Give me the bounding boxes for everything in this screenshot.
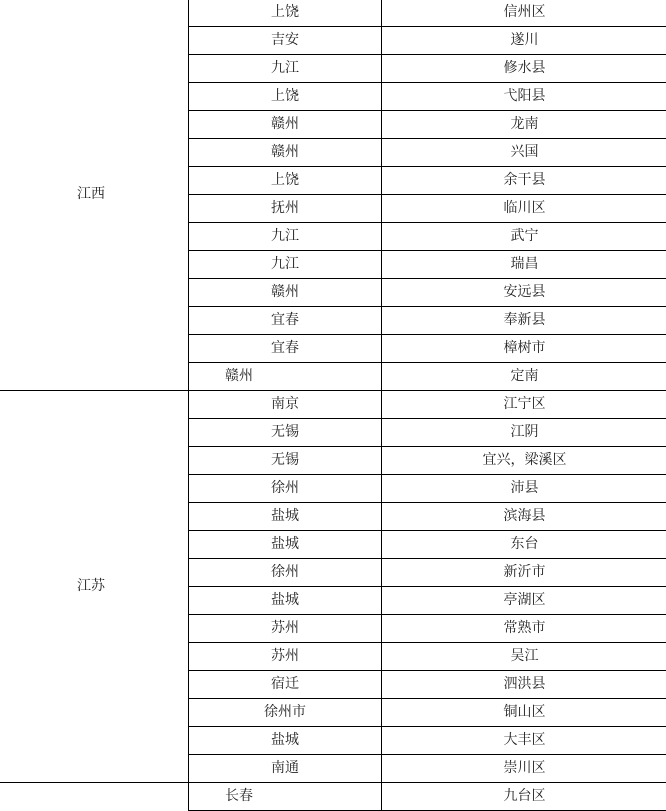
county-cell: 崇川区 — [381, 754, 666, 782]
city-cell: 吉安 — [188, 26, 381, 54]
county-cell: 东台 — [381, 530, 666, 558]
city-cell: 九江 — [188, 54, 381, 82]
city-cell: 上饶 — [188, 166, 381, 194]
county-cell: 余干县 — [381, 166, 666, 194]
county-cell: 定南 — [381, 362, 666, 390]
city-cell: 盐城 — [188, 502, 381, 530]
table-row: 南京江宁区 — [188, 390, 666, 418]
province-label: 江西 — [77, 184, 105, 204]
table-row: 上饶余干县 — [188, 166, 666, 194]
city-cell: 赣州 — [188, 362, 381, 390]
city-cell: 盐城 — [188, 530, 381, 558]
city-cell: 抚州 — [188, 194, 381, 222]
city-cell: 九江 — [188, 250, 381, 278]
city-cell: 苏州 — [188, 614, 381, 642]
county-cell: 滨海县 — [381, 502, 666, 530]
county-cell: 江阴 — [381, 418, 666, 446]
county-cell: 新沂市 — [381, 558, 666, 586]
city-cell: 宿迁 — [188, 670, 381, 698]
city-cell: 盐城 — [188, 586, 381, 614]
county-cell: 临川区 — [381, 194, 666, 222]
city-cell: 苏州 — [188, 642, 381, 670]
county-cell: 奉新县 — [381, 306, 666, 334]
table-row: 盐城东台 — [188, 530, 666, 558]
table-row: 苏州吴江 — [188, 642, 666, 670]
city-cell: 上饶 — [188, 82, 381, 110]
table-row: 吉安遂川 — [188, 26, 666, 54]
city-cell: 徐州 — [188, 558, 381, 586]
county-cell: 宜兴，梁溪区 — [381, 446, 666, 474]
table-row: 赣州龙南 — [188, 110, 666, 138]
table-row: 宜春奉新县 — [188, 306, 666, 334]
group-divider — [0, 782, 188, 783]
table-row: 宜春樟树市 — [188, 334, 666, 362]
county-cell: 安远县 — [381, 278, 666, 306]
city-cell: 长春 — [188, 782, 381, 810]
county-cell: 龙南 — [381, 110, 666, 138]
city-cell: 赣州 — [188, 110, 381, 138]
county-cell: 遂川 — [381, 26, 666, 54]
table-row: 苏州常熟市 — [188, 614, 666, 642]
table-row: 盐城大丰区 — [188, 726, 666, 754]
province-cell — [0, 782, 188, 810]
table-row: 赣州定南 — [188, 362, 666, 390]
county-cell: 兴国 — [381, 138, 666, 166]
table-row: 无锡江阴 — [188, 418, 666, 446]
county-cell: 铜山区 — [381, 698, 666, 726]
city-cell: 徐州 — [188, 474, 381, 502]
city-cell: 南通 — [188, 754, 381, 782]
city-cell: 宜春 — [188, 334, 381, 362]
city-cell: 九江 — [188, 222, 381, 250]
table-row: 上饶信州区 — [188, 0, 666, 26]
city-cell: 无锡 — [188, 418, 381, 446]
county-cell: 信州区 — [381, 0, 666, 26]
table-row: 九江修水县 — [188, 54, 666, 82]
city-cell: 上饶 — [188, 0, 381, 26]
city-cell: 徐州市 — [188, 698, 381, 726]
table-row: 九江武宁 — [188, 222, 666, 250]
county-cell: 吴江 — [381, 642, 666, 670]
county-cell: 亭湖区 — [381, 586, 666, 614]
table-row: 上饶弋阳县 — [188, 82, 666, 110]
city-cell: 赣州 — [188, 278, 381, 306]
county-cell: 常熟市 — [381, 614, 666, 642]
county-cell: 九台区 — [381, 782, 666, 810]
county-cell: 泗洪县 — [381, 670, 666, 698]
city-cell: 宜春 — [188, 306, 381, 334]
province-cell: 江西 — [0, 0, 188, 390]
province-cell: 江苏 — [0, 390, 188, 782]
city-cell: 盐城 — [188, 726, 381, 754]
table-row: 南通崇川区 — [188, 754, 666, 782]
table-row: 赣州兴国 — [188, 138, 666, 166]
table-row: 赣州安远县 — [188, 278, 666, 306]
table-row: 徐州市铜山区 — [188, 698, 666, 726]
table-row: 无锡宜兴，梁溪区 — [188, 446, 666, 474]
county-cell: 大丰区 — [381, 726, 666, 754]
table-row: 盐城滨海县 — [188, 502, 666, 530]
province-label: 江苏 — [77, 576, 105, 596]
county-cell: 修水县 — [381, 54, 666, 82]
table-row: 长春九台区 — [188, 782, 666, 810]
group-divider — [0, 390, 188, 391]
city-cell: 无锡 — [188, 446, 381, 474]
city-cell: 南京 — [188, 390, 381, 418]
county-cell: 江宁区 — [381, 390, 666, 418]
table-row: 徐州新沂市 — [188, 558, 666, 586]
table-row: 宿迁泗洪县 — [188, 670, 666, 698]
county-cell: 樟树市 — [381, 334, 666, 362]
county-cell: 瑞昌 — [381, 250, 666, 278]
table-row: 抚州临川区 — [188, 194, 666, 222]
table-row: 徐州沛县 — [188, 474, 666, 502]
city-cell: 赣州 — [188, 138, 381, 166]
table-row: 盐城亭湖区 — [188, 586, 666, 614]
table-row: 九江瑞昌 — [188, 250, 666, 278]
county-cell: 沛县 — [381, 474, 666, 502]
county-cell: 武宁 — [381, 222, 666, 250]
county-cell: 弋阳县 — [381, 82, 666, 110]
